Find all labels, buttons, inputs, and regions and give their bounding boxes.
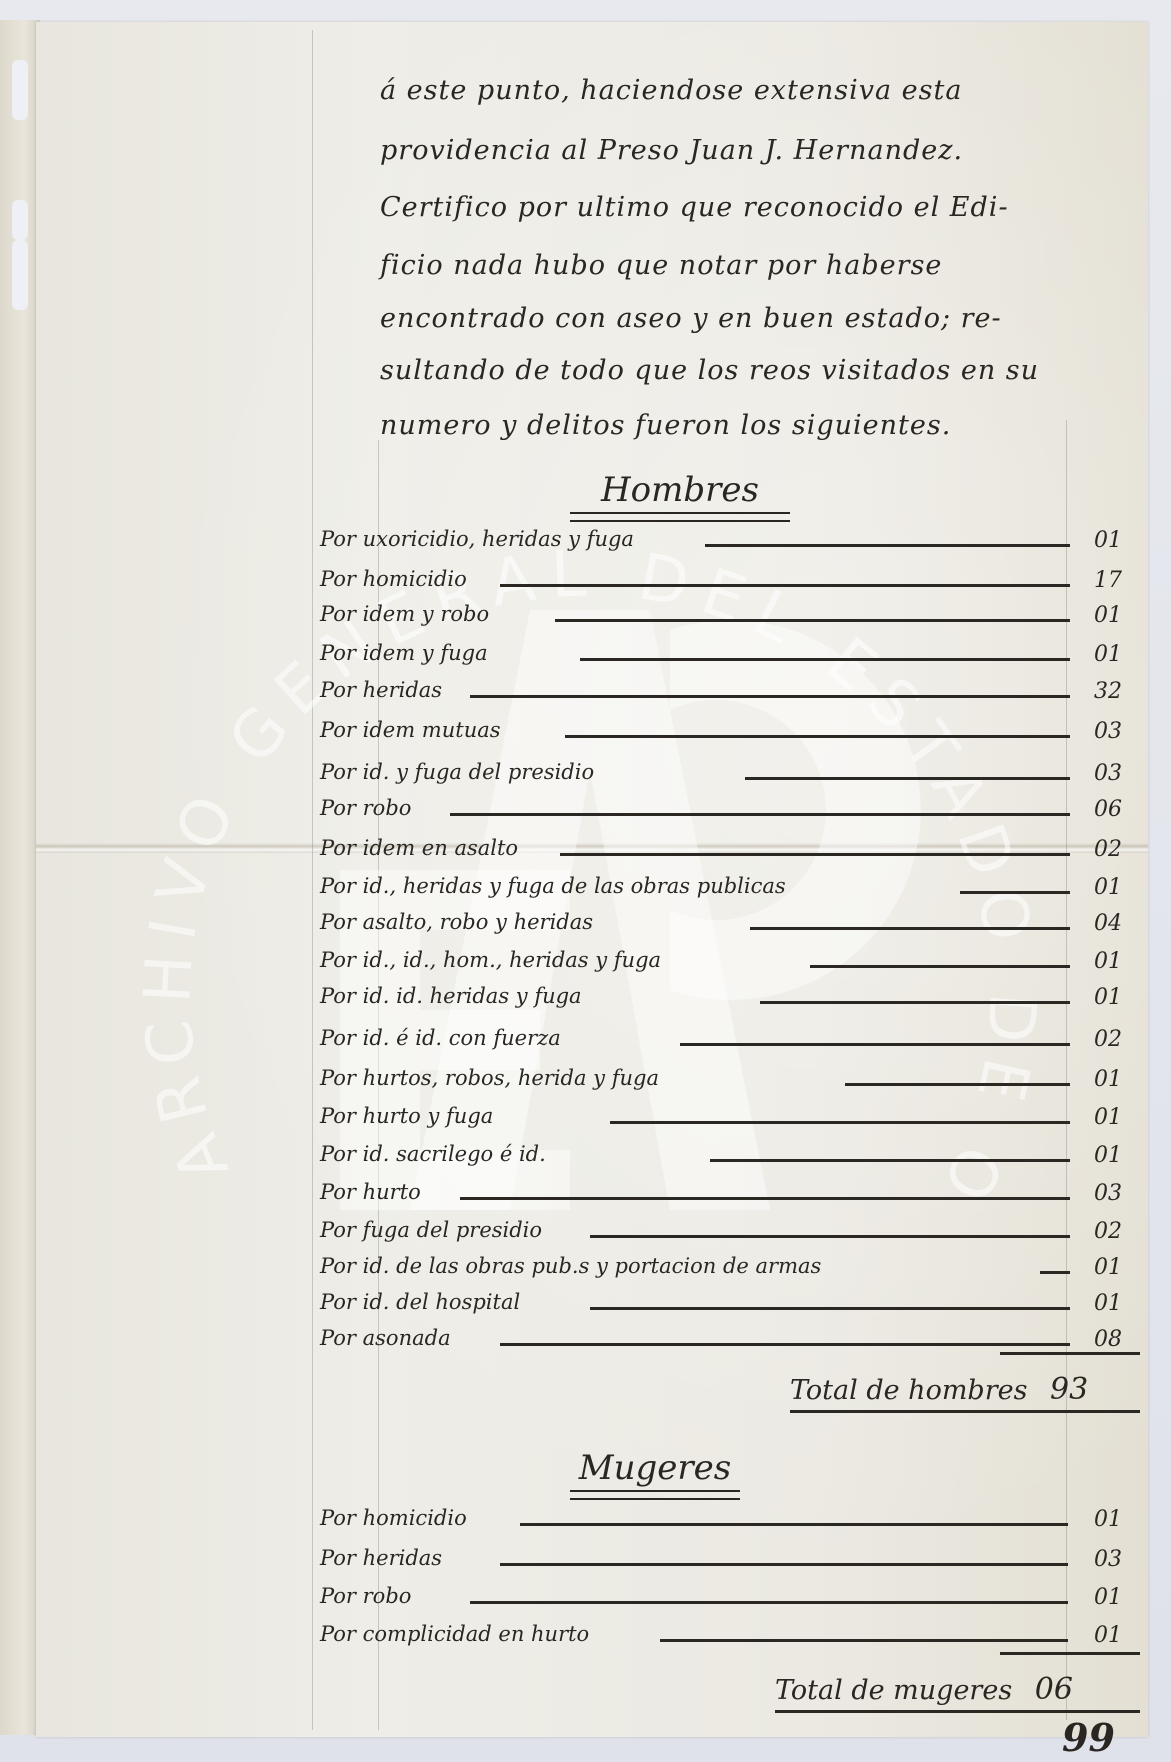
heading-double-underline xyxy=(570,1490,740,1500)
heading-double-underline xyxy=(570,512,790,522)
list-item: Por asonada08 xyxy=(320,1322,1140,1352)
list-item: Por homicidio01 xyxy=(320,1502,1140,1532)
tear-hole xyxy=(12,240,28,310)
grand-total-mark: 99 xyxy=(1062,1715,1115,1760)
list-item: Por heridas03 xyxy=(320,1542,1140,1572)
paragraph-line: á este punto, haciendose extensiva esta xyxy=(380,75,962,106)
women-total: Total de mugeres 06 xyxy=(775,1672,1073,1707)
section-heading-women: Mugeres xyxy=(570,1448,740,1500)
total-value: 93 xyxy=(1050,1372,1088,1407)
paragraph-line: ficio nada hubo que notar por haberse xyxy=(380,250,942,281)
list-item: Por heridas32 xyxy=(320,674,1140,704)
list-item: Por robo01 xyxy=(320,1580,1140,1610)
heading-text: Hombres xyxy=(601,470,759,510)
list-item: Por hurtos, robos, herida y fuga01 xyxy=(320,1062,1140,1092)
section-heading-men: Hombres xyxy=(570,470,790,522)
heading-text: Mugeres xyxy=(579,1448,731,1488)
total-value: 06 xyxy=(1035,1672,1073,1707)
total-label: Total de mugeres xyxy=(775,1675,1012,1706)
total-underline xyxy=(775,1710,1140,1713)
list-item: Por asalto, robo y heridas04 xyxy=(320,906,1140,936)
paragraph-line: providencia al Preso Juan J. Hernandez. xyxy=(380,135,963,166)
paragraph-line: sultando de todo que los reos visitados … xyxy=(380,355,1039,386)
tear-hole xyxy=(12,200,28,240)
list-item: Por robo06 xyxy=(320,792,1140,822)
paragraph-line: encontrado con aseo y en buen estado; re… xyxy=(380,303,1002,334)
list-item: Por fuga del presidio02 xyxy=(320,1214,1140,1244)
list-item: Por homicidio17 xyxy=(320,563,1140,593)
list-item: Por id. del hospital01 xyxy=(320,1286,1140,1316)
adjacent-torn-page xyxy=(0,20,40,1735)
list-item: Por id. y fuga del presidio03 xyxy=(320,756,1140,786)
list-item: Por id., id., hom., heridas y fuga01 xyxy=(320,944,1140,974)
total-label: Total de hombres xyxy=(790,1375,1027,1406)
total-underline xyxy=(790,1410,1140,1413)
sum-underline xyxy=(1000,1652,1140,1655)
list-item: Por hurto03 xyxy=(320,1176,1140,1206)
list-item: Por idem mutuas03 xyxy=(320,714,1140,744)
list-item: Por id. id. heridas y fuga01 xyxy=(320,980,1140,1010)
paragraph-line: numero y delitos fueron los siguientes. xyxy=(380,410,951,441)
left-margin-rule xyxy=(312,30,313,1730)
men-total: Total de hombres 93 xyxy=(790,1372,1088,1407)
list-item: Por hurto y fuga01 xyxy=(320,1100,1140,1130)
list-item: Por id. sacrilego é id.01 xyxy=(320,1138,1140,1168)
list-item: Por id. é id. con fuerza02 xyxy=(320,1022,1140,1052)
list-item: Por uxoricidio, heridas y fuga01 xyxy=(320,523,1140,553)
list-item: Por id., heridas y fuga de las obras pub… xyxy=(320,870,1140,900)
paragraph-line: Certifico por ultimo que reconocido el E… xyxy=(380,192,1009,223)
list-item: Por id. de las obras pub.s y portacion d… xyxy=(320,1250,1140,1280)
list-item: Por idem y fuga01 xyxy=(320,637,1140,667)
tear-hole xyxy=(12,60,28,120)
list-item: Por complicidad en hurto01 xyxy=(320,1618,1140,1648)
sum-underline xyxy=(1000,1352,1140,1355)
list-item: Por idem en asalto02 xyxy=(320,832,1140,862)
list-item: Por idem y robo01 xyxy=(320,598,1140,628)
